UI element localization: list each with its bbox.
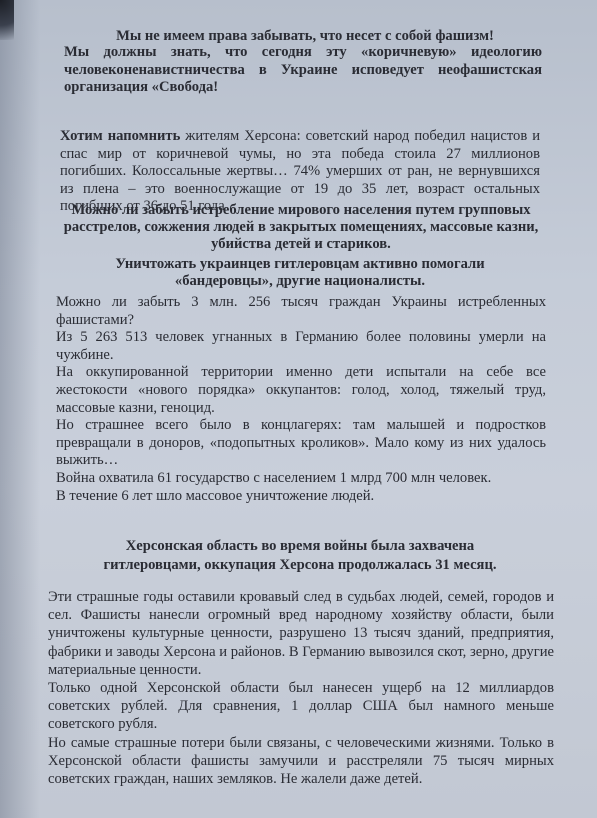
fact-paragraph: Но страшнее всего было в концлагерях: та… [56,417,546,470]
intro-heading-line: Мы не имеем права забывать, что несет с … [90,28,520,46]
bold-center-block-2: Уничтожать украинцев гитлеровцам активно… [80,256,520,290]
kherson-heading-text: Херсонская область во время войны была з… [90,537,510,575]
fact-paragraph: Война охватила 61 государство с населени… [56,470,546,488]
kherson-heading: Херсонская область во время войны была з… [90,537,510,575]
fact-paragraph: Из 5 263 513 человек угнанных в Германию… [56,329,546,364]
intro-heading-text: Мы не имеем права забывать, что несет с … [90,28,520,46]
fact-paragraph: Можно ли забыть 3 млн. 256 тысяч граждан… [56,294,546,329]
fact-paragraph: Эти страшные годы оставили кровавый след… [48,588,554,679]
remind-lead: Хотим напомнить [60,128,180,144]
bold-center-text-2: Уничтожать украинцев гитлеровцам активно… [80,256,520,290]
fact-paragraph: Только одной Херсонской области был нане… [48,679,554,734]
facts-section-2: Эти страшные годы оставили кровавый след… [48,588,554,788]
printed-leaflet: Мы не имеем права забывать, что несет с … [0,0,597,818]
fact-paragraph: В течение 6 лет шло массовое уничтожение… [56,488,546,506]
fact-paragraph: На оккупированной территории именно дети… [56,364,546,417]
facts-section-1: Можно ли забыть 3 млн. 256 тысяч граждан… [56,294,546,505]
fact-paragraph: Но самые страшные потери были связаны, с… [48,734,554,789]
intro-paragraph-text: Мы должны знать, что сегодня эту «коричн… [64,44,542,97]
bold-center-block-1: Можно ли забыть истребление мирового нас… [62,202,540,254]
intro-paragraph: Мы должны знать, что сегодня эту «коричн… [64,44,542,97]
bold-center-text-1: Можно ли забыть истребление мирового нас… [62,202,540,254]
